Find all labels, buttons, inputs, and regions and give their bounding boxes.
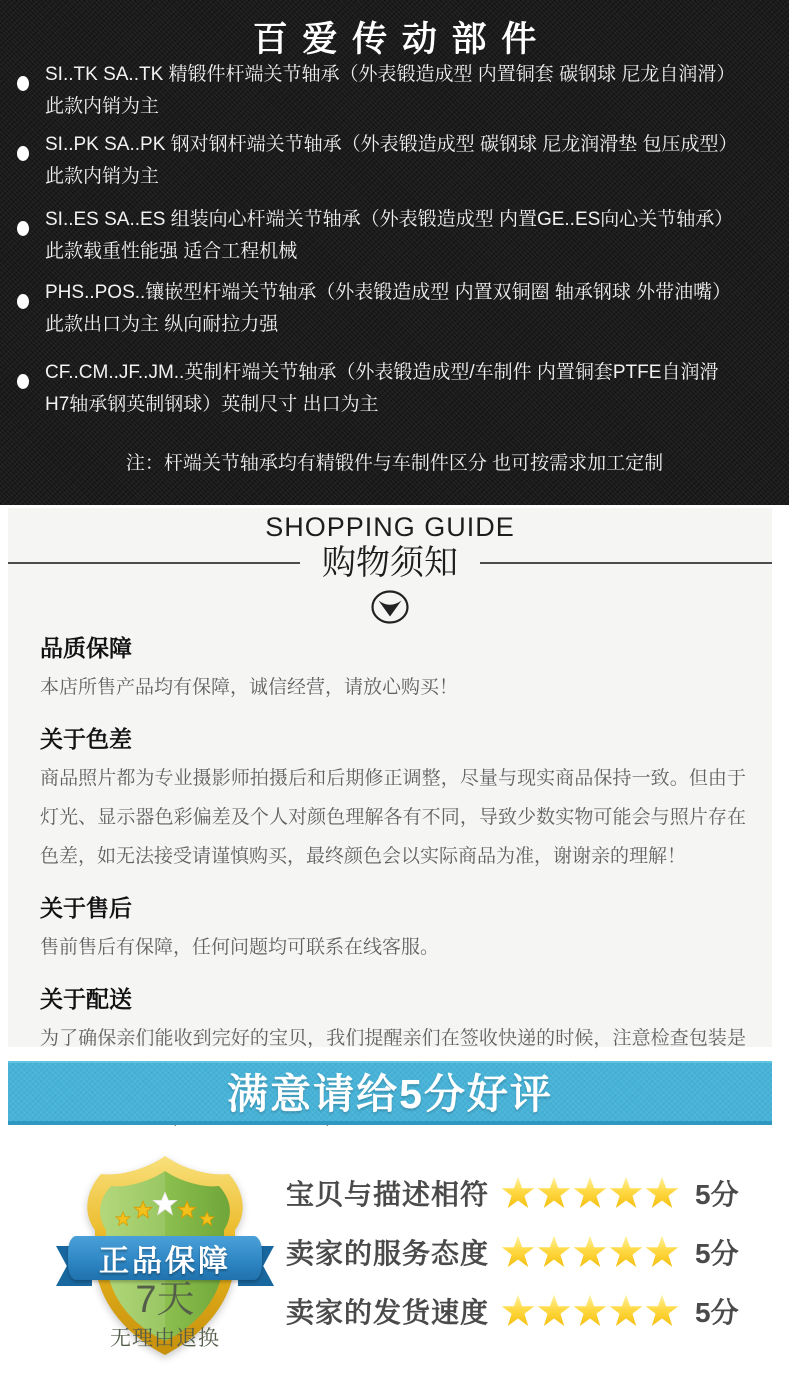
five-star-icons <box>501 1294 681 1328</box>
star-icon <box>573 1176 607 1210</box>
bullet-dot-icon <box>17 294 29 309</box>
banner-text: 满意请给5分好评 <box>227 1065 553 1123</box>
star-icon <box>537 1294 571 1328</box>
star-icon <box>501 1294 535 1328</box>
star-icon <box>573 1294 607 1328</box>
star-icon <box>645 1235 679 1269</box>
shopping-guide-panel: SHOPPING GUIDE 购物须知 品质保障 本店所售产品均有保障，诚信经营… <box>8 508 772 1047</box>
star-icon <box>537 1235 571 1269</box>
rating-label: 宝贝与描述相符 <box>286 1173 489 1213</box>
star-icon <box>609 1176 643 1210</box>
header-note: 注：杆端关节轴承均有精锻件与车制件区分 也可按需求加工定制 <box>0 448 789 475</box>
product-detail-page: 百爱传动部件 SI..TK SA..TK 精锻件杆端关节轴承（外表锻造成型 内置… <box>0 0 789 1381</box>
star-icon <box>609 1235 643 1269</box>
star-icon <box>645 1176 679 1210</box>
rating-rows: 宝贝与描述相符 5分 卖家的服务态度 5分 卖家的发货速度 5分 <box>286 1171 781 1348</box>
rating-score: 5分 <box>695 1291 739 1331</box>
rating-score: 5分 <box>695 1232 739 1272</box>
bullet-line: 此款载重性能强 适合工程机械 <box>45 240 757 264</box>
divider-line <box>480 562 772 564</box>
bullet-dot-icon <box>17 374 29 389</box>
guide-title-en: SHOPPING GUIDE <box>8 508 772 542</box>
rating-label: 卖家的服务态度 <box>286 1232 489 1272</box>
star-icon <box>573 1235 607 1269</box>
ribbon-band: 正品保障 <box>68 1236 262 1280</box>
rating-row: 宝贝与描述相符 5分 <box>286 1171 781 1215</box>
star-icon <box>609 1294 643 1328</box>
bullet-dot-icon <box>17 146 29 161</box>
bullet-line: 此款内销为主 <box>45 95 757 119</box>
rating-score: 5分 <box>695 1173 739 1213</box>
badge-ribbon: 正品保障 <box>56 1236 274 1282</box>
star-icon <box>501 1235 535 1269</box>
section-heading: 关于配送 <box>40 981 746 1014</box>
five-star-icons <box>501 1235 681 1269</box>
section-body: 本店所售产品均有保障，诚信经营，请放心购买！ <box>40 668 746 707</box>
bullet-line: SI..PK SA..PK 钢对钢杆端关节轴承（外表锻造成型 碳钢球 尼龙润滑垫… <box>45 133 757 157</box>
section-heading: 关于售后 <box>40 890 746 923</box>
section-heading: 关于色差 <box>40 721 746 754</box>
badge-ribbon-label: 正品保障 <box>99 1236 231 1280</box>
star-icon <box>645 1294 679 1328</box>
bullet-line: H7轴承钢英制钢球）英制尺寸 出口为主 <box>45 393 757 417</box>
rating-row: 卖家的服务态度 5分 <box>286 1230 781 1274</box>
authenticity-badge: 正品保障 7天 无理由退换 <box>72 1152 258 1367</box>
rating-label: 卖家的发货速度 <box>286 1291 489 1331</box>
bullet-line: SI..ES SA..ES 组装向心杆端关节轴承（外表锻造成型 内置GE..ES… <box>45 208 757 232</box>
badge-sub-label: 无理由退换 <box>72 1322 258 1352</box>
header-panel: 百爱传动部件 SI..TK SA..TK 精锻件杆端关节轴承（外表锻造成型 内置… <box>0 0 789 505</box>
five-star-icons <box>501 1176 681 1210</box>
bullet-line: 此款内销为主 <box>45 165 757 189</box>
section-body: 售前售后有保障，任何问题均可联系在线客服。 <box>40 928 746 967</box>
section-heading: 品质保障 <box>40 630 746 663</box>
guide-title-cn: 购物须知 <box>322 543 458 583</box>
bullet-dot-icon <box>17 76 29 91</box>
star-icon <box>537 1176 571 1210</box>
bullet-line: SI..TK SA..TK 精锻件杆端关节轴承（外表锻造成型 内置铜套 碳钢球 … <box>45 63 757 87</box>
bullet-line: CF..CM..JF..JM..英制杆端关节轴承（外表锻造成型/车制件 内置铜套… <box>45 361 757 385</box>
circle-chevron-down-icon <box>8 589 772 625</box>
rating-request-banner: 满意请给5分好评 <box>8 1061 772 1125</box>
bullet-line: 此款出口为主 纵向耐拉力强 <box>45 313 757 337</box>
rating-row: 卖家的发货速度 5分 <box>286 1289 781 1333</box>
star-icon <box>501 1176 535 1210</box>
guide-divider: 购物须知 <box>8 543 772 583</box>
divider-line <box>8 562 300 564</box>
section-body: 商品照片都为专业摄影师拍摄后和后期修正调整，尽量与现实商品保持一致。但由于灯光、… <box>40 759 746 876</box>
bullet-line: PHS..POS..镶嵌型杆端关节轴承（外表锻造成型 内置双铜圈 轴承钢球 外带… <box>45 281 757 305</box>
bullet-dot-icon <box>17 221 29 236</box>
brand-title: 百爱传动部件 <box>0 0 789 62</box>
badge-days-label: 7天 <box>72 1280 258 1320</box>
